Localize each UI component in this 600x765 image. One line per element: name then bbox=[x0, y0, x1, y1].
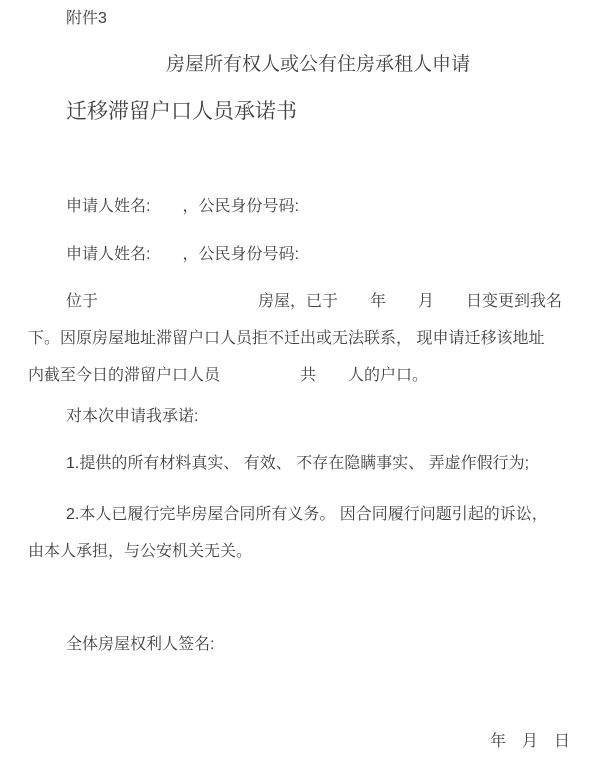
promise-heading: 对本次申请我承诺: bbox=[28, 398, 570, 435]
date-line: 年 月 日 bbox=[28, 723, 570, 760]
location-paragraph-line: 位于 房屋，已于 年 月 日变更到我名 bbox=[28, 283, 570, 320]
attachment-label: 附件3 bbox=[28, 0, 570, 37]
location-paragraph: 位于 房屋，已于 年 月 日变更到我名 下。因原房屋地址滞留户口人员拒不迁出或无… bbox=[28, 283, 570, 394]
document-title: 房屋所有权人或公有住房承租人申请 bbox=[28, 46, 570, 83]
applicant-name-line-1: 申请人姓名: ，公民身份号码: bbox=[28, 188, 570, 225]
applicant-name-line-2: 申请人姓名: ，公民身份号码: bbox=[28, 236, 570, 273]
signature-label: 全体房屋权利人签名: bbox=[28, 626, 570, 663]
promise-item-2-line: 2.本人已履行完毕房屋合同所有义务。 因合同履行问题引起的诉讼， bbox=[28, 496, 570, 533]
promise-item-1: 1.提供的所有材料真实、 有效、 不存在隐瞒事实、 弄虚作假行为; bbox=[28, 445, 570, 482]
location-paragraph-line: 下。因原房屋地址滞留户口人员拒不迁出或无法联系， 现申请迁移该地址 bbox=[28, 320, 570, 357]
promise-item-2-line: 由本人承担，与公安机关无关。 bbox=[28, 533, 570, 570]
document-page: 附件3 房屋所有权人或公有住房承租人申请 迁移滞留户口人员承诺书 申请人姓名: … bbox=[0, 0, 600, 765]
document-subtitle: 迁移滞留户口人员承诺书 bbox=[28, 93, 570, 130]
promise-item-2: 2.本人已履行完毕房屋合同所有义务。 因合同履行问题引起的诉讼， 由本人承担，与… bbox=[28, 496, 570, 570]
location-paragraph-line: 内截至今日的滞留户口人员 共 人的户口。 bbox=[28, 357, 570, 394]
